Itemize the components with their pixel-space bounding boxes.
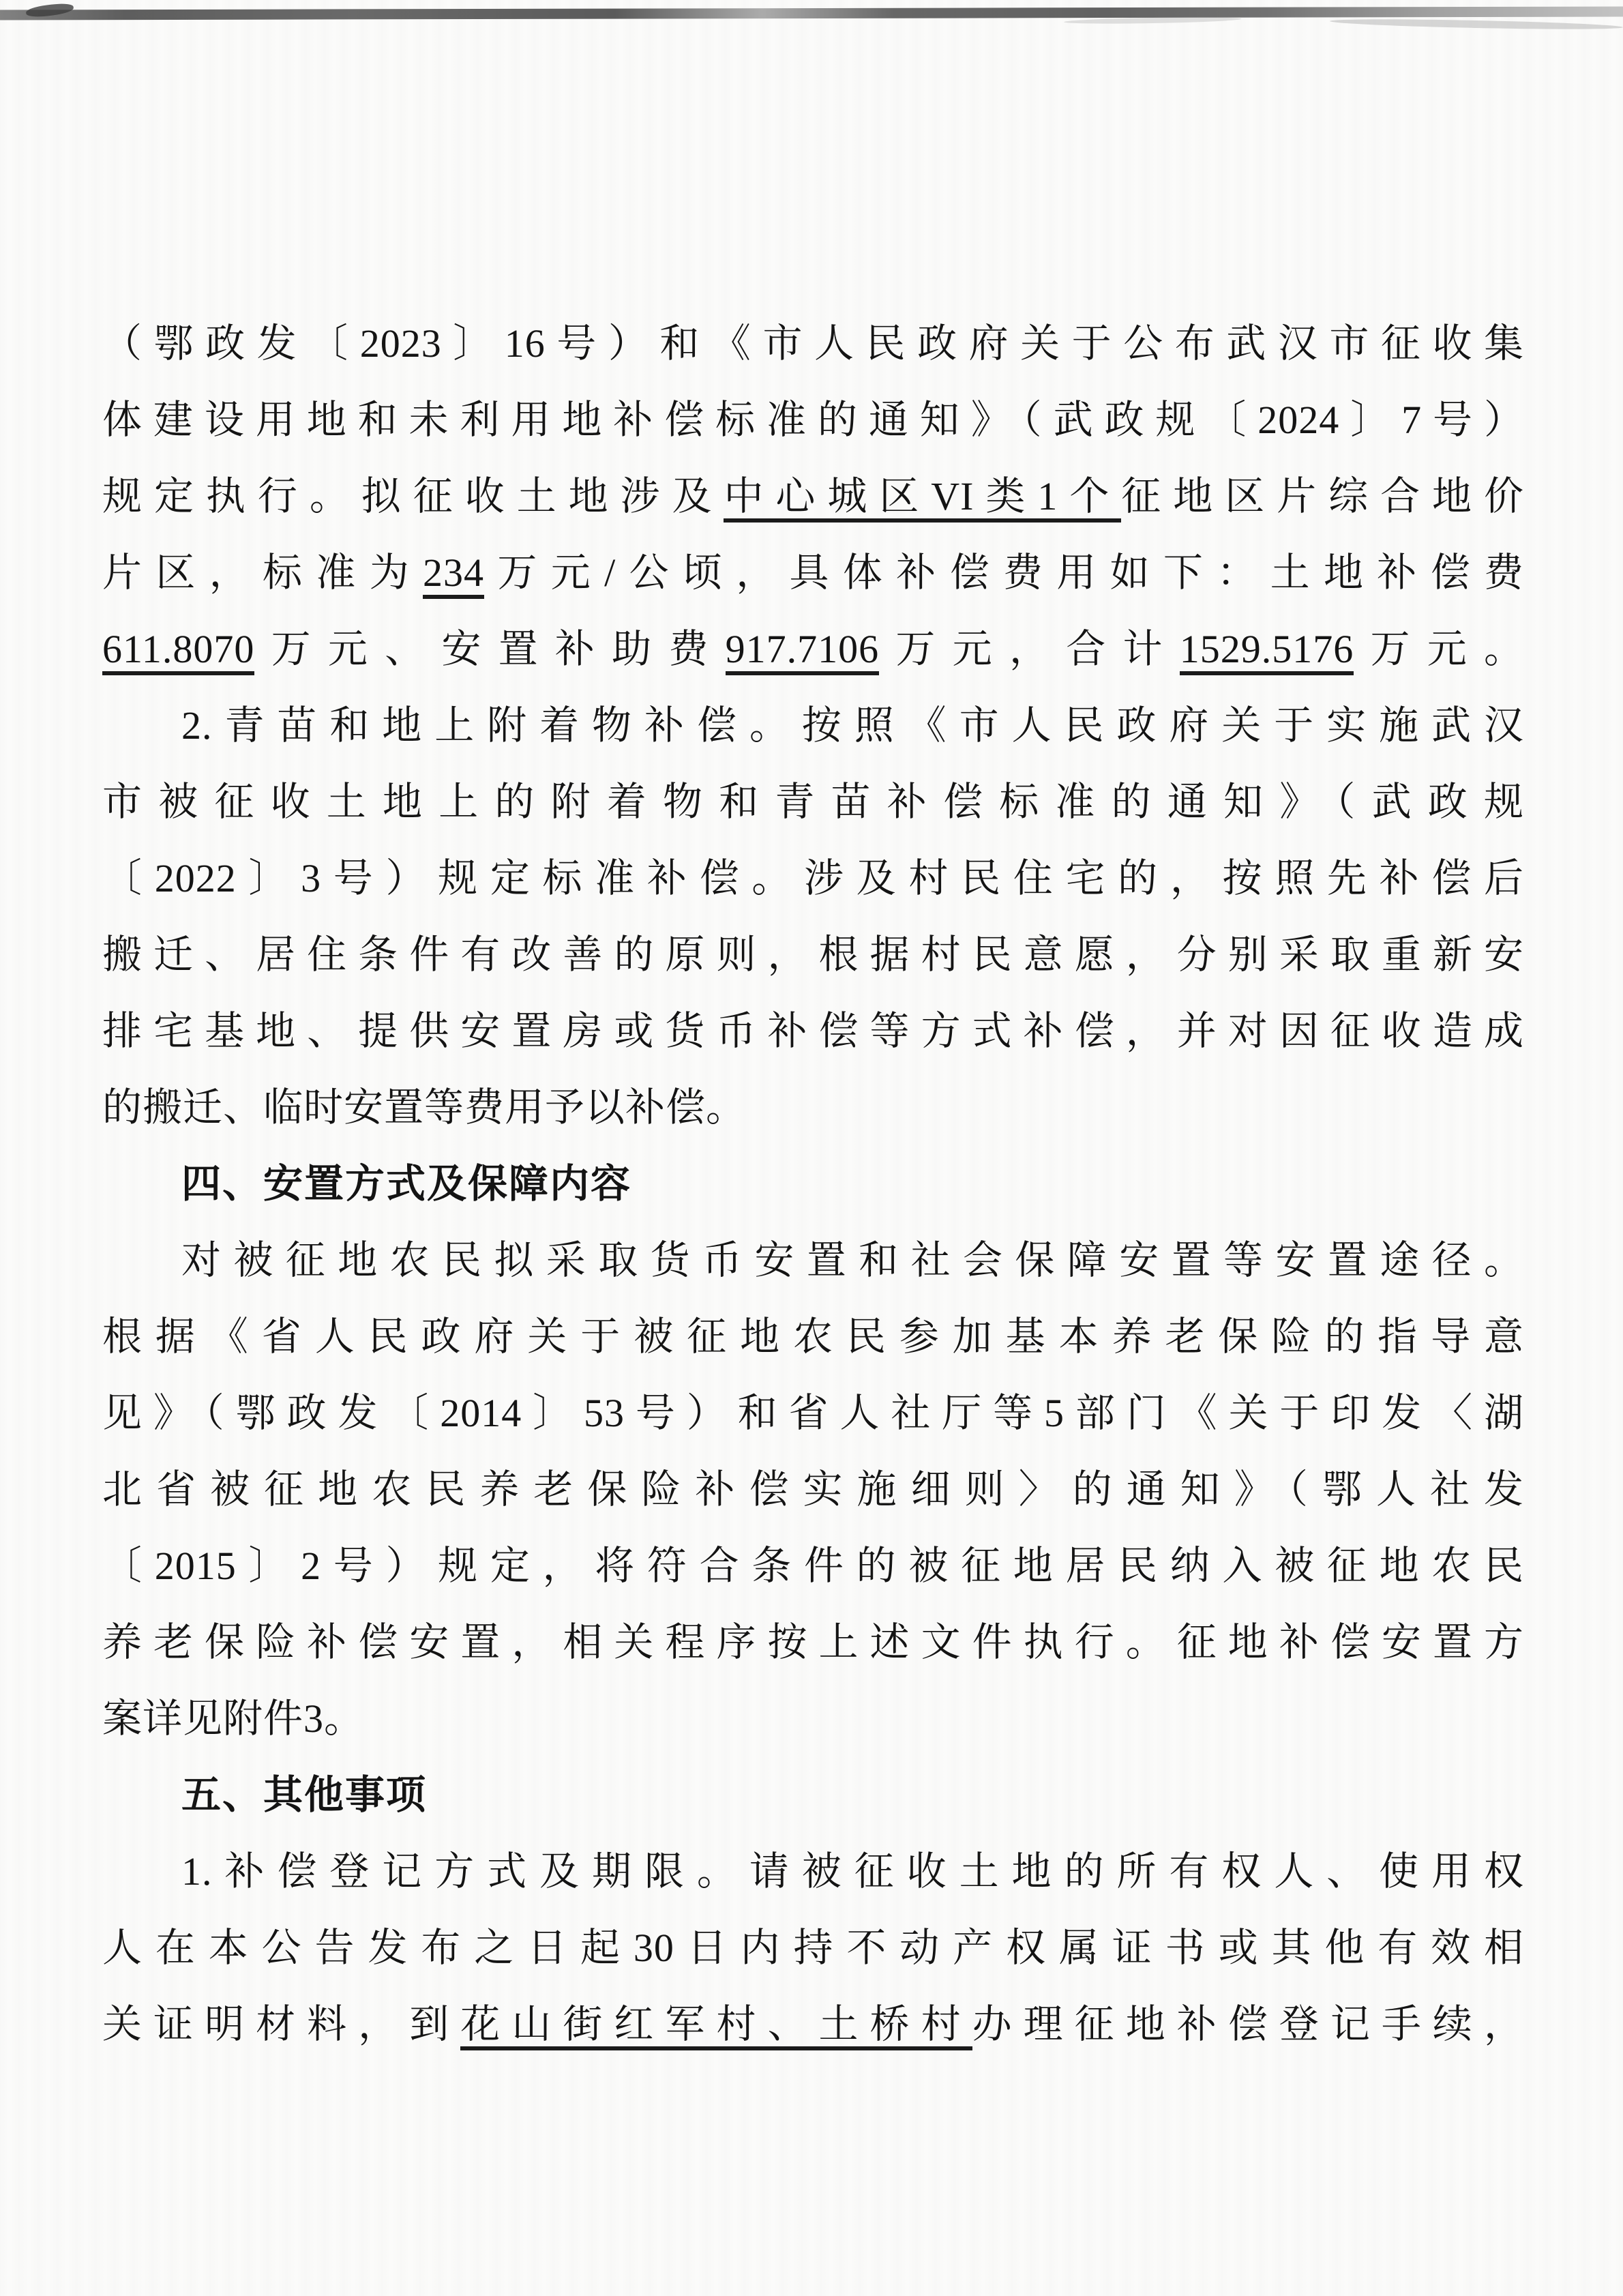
text-segment: 五、其他事项 — [181, 1773, 427, 1817]
text-segment: 排宅基地、提供安置房或货币补偿等方式补偿，并对因征收造成 — [102, 1009, 1524, 1053]
text-segment: 万元。 — [1354, 627, 1524, 671]
text-line: 2.青苗和地上附着物补偿。按照《市人民政府关于实施武汉 — [102, 688, 1524, 764]
text-segment: （鄂政发〔2023〕16号）和《市人民政府关于公布武汉市征收集 — [102, 321, 1524, 366]
text-segment: 办理征地补偿登记手续， — [972, 2002, 1524, 2046]
text-line: 案详见附件3。 — [102, 1681, 1524, 1757]
text-line: 关证明材料，到花山街红军村、土桥村办理征地补偿登记手续， — [102, 1986, 1524, 2063]
text-line: 体建设用地和未利用地补偿标准的通知》（武政规〔2024〕7号） — [102, 382, 1524, 458]
text-line: 根据《省人民政府关于被征地农民参加基本养老保险的指导意 — [102, 1299, 1524, 1375]
section-heading: 四、安置方式及保障内容 — [102, 1146, 1524, 1222]
text-segment: 案详见附件3。 — [102, 1696, 364, 1741]
underlined-text: 611.8070 — [102, 627, 254, 675]
underlined-text: 234 — [423, 550, 484, 599]
section-heading: 五、其他事项 — [102, 1757, 1524, 1834]
text-line: 611.8070万元、安置补助费917.7106万元，合计1529.5176万元… — [102, 611, 1524, 688]
text-segment: 见》（鄂政发〔2014〕53号）和省人社厅等5部门《关于印发〈湖 — [102, 1391, 1524, 1435]
text-segment: 北省被征地农民养老保险补偿实施细则〉的通知》（鄂人社发 — [102, 1467, 1524, 1512]
underlined-text: 1529.5176 — [1180, 627, 1354, 675]
text-line: （鄂政发〔2023〕16号）和《市人民政府关于公布武汉市征收集 — [102, 306, 1524, 382]
text-segment: 征地区片综合地价 — [1121, 474, 1524, 518]
text-line: 养老保险补偿安置，相关程序按上述文件执行。征地补偿安置方 — [102, 1604, 1524, 1681]
scanned-page: （鄂政发〔2023〕16号）和《市人民政府关于公布武汉市征收集体建设用地和未利用… — [0, 0, 1623, 2296]
text-segment: 搬迁、居住条件有改善的原则，根据村民意愿，分别采取重新安 — [102, 932, 1524, 977]
text-line: 北省被征地农民养老保险补偿实施细则〉的通知》（鄂人社发 — [102, 1452, 1524, 1528]
text-segment: 〔2015〕2号）规定，将符合条件的被征地居民纳入被征地农民 — [102, 1544, 1524, 1588]
text-segment: 根据《省人民政府关于被征地农民参加基本养老保险的指导意 — [102, 1314, 1524, 1359]
text-segment: 万元、安置补助费 — [254, 627, 725, 671]
text-segment: 1.补偿登记方式及期限。请被征收土地的所有权人、使用权 — [181, 1849, 1524, 1894]
text-segment: 市被征收土地上的附着物和青苗补偿标准的通知》（武政规 — [102, 780, 1524, 824]
underlined-text: 中心城区VI类1个 — [724, 474, 1121, 523]
scan-top-right-wave-artifact — [1330, 17, 1623, 31]
text-line: 的搬迁、临时安置等费用予以补偿。 — [102, 1070, 1524, 1146]
text-line: 规定执行。拟征收土地涉及中心城区VI类1个征地区片综合地价 — [102, 458, 1524, 535]
text-line: 1.补偿登记方式及期限。请被征收土地的所有权人、使用权 — [102, 1834, 1524, 1910]
text-segment: 万元，合计 — [879, 627, 1180, 671]
text-segment: 2.青苗和地上附着物补偿。按照《市人民政府关于实施武汉 — [181, 703, 1524, 748]
text-line: 排宅基地、提供安置房或货币补偿等方式补偿，并对因征收造成 — [102, 993, 1524, 1070]
text-line: 〔2015〕2号）规定，将符合条件的被征地居民纳入被征地农民 — [102, 1528, 1524, 1604]
text-segment: 规定执行。拟征收土地涉及 — [102, 474, 724, 518]
text-line: 市被征收土地上的附着物和青苗补偿标准的通知》（武政规 — [102, 764, 1524, 840]
text-segment: 关证明材料，到 — [102, 2002, 460, 2046]
text-line: 片区，标准为234万元/公顷，具体补偿费用如下：土地补偿费 — [102, 535, 1524, 611]
underlined-text: 花山街红军村、土桥村 — [460, 2002, 972, 2050]
text-segment: 体建设用地和未利用地补偿标准的通知》（武政规〔2024〕7号） — [102, 398, 1524, 442]
underlined-text: 917.7106 — [726, 627, 880, 675]
text-line: 对被征地农民拟采取货币安置和社会保障安置等安置途径。 — [102, 1222, 1524, 1299]
text-segment: 万元/公顷，具体补偿费用如下：土地补偿费 — [484, 550, 1524, 595]
text-line: 搬迁、居住条件有改善的原则，根据村民意愿，分别采取重新安 — [102, 917, 1524, 993]
text-segment: 四、安置方式及保障内容 — [181, 1162, 631, 1206]
text-line: 人在本公告发布之日起30日内持不动产权属证书或其他有效相 — [102, 1910, 1524, 1986]
scan-top-streak-artifact — [0, 6, 1623, 20]
text-line: 〔2022〕3号）规定标准补偿。涉及村民住宅的，按照先补偿后 — [102, 840, 1524, 917]
text-segment: 的搬迁、临时安置等费用予以补偿。 — [102, 1085, 746, 1130]
text-segment: 片区，标准为 — [102, 550, 423, 595]
text-line: 见》（鄂政发〔2014〕53号）和省人社厅等5部门《关于印发〈湖 — [102, 1375, 1524, 1452]
text-segment: 对被征地农民拟采取货币安置和社会保障安置等安置途径。 — [181, 1238, 1524, 1282]
text-segment: 人在本公告发布之日起30日内持不动产权属证书或其他有效相 — [102, 1926, 1524, 1970]
text-segment: 〔2022〕3号）规定标准补偿。涉及村民住宅的，按照先补偿后 — [102, 856, 1524, 900]
text-block: （鄂政发〔2023〕16号）和《市人民政府关于公布武汉市征收集体建设用地和未利用… — [102, 306, 1524, 2063]
text-segment: 养老保险补偿安置，相关程序按上述文件执行。征地补偿安置方 — [102, 1620, 1524, 1664]
